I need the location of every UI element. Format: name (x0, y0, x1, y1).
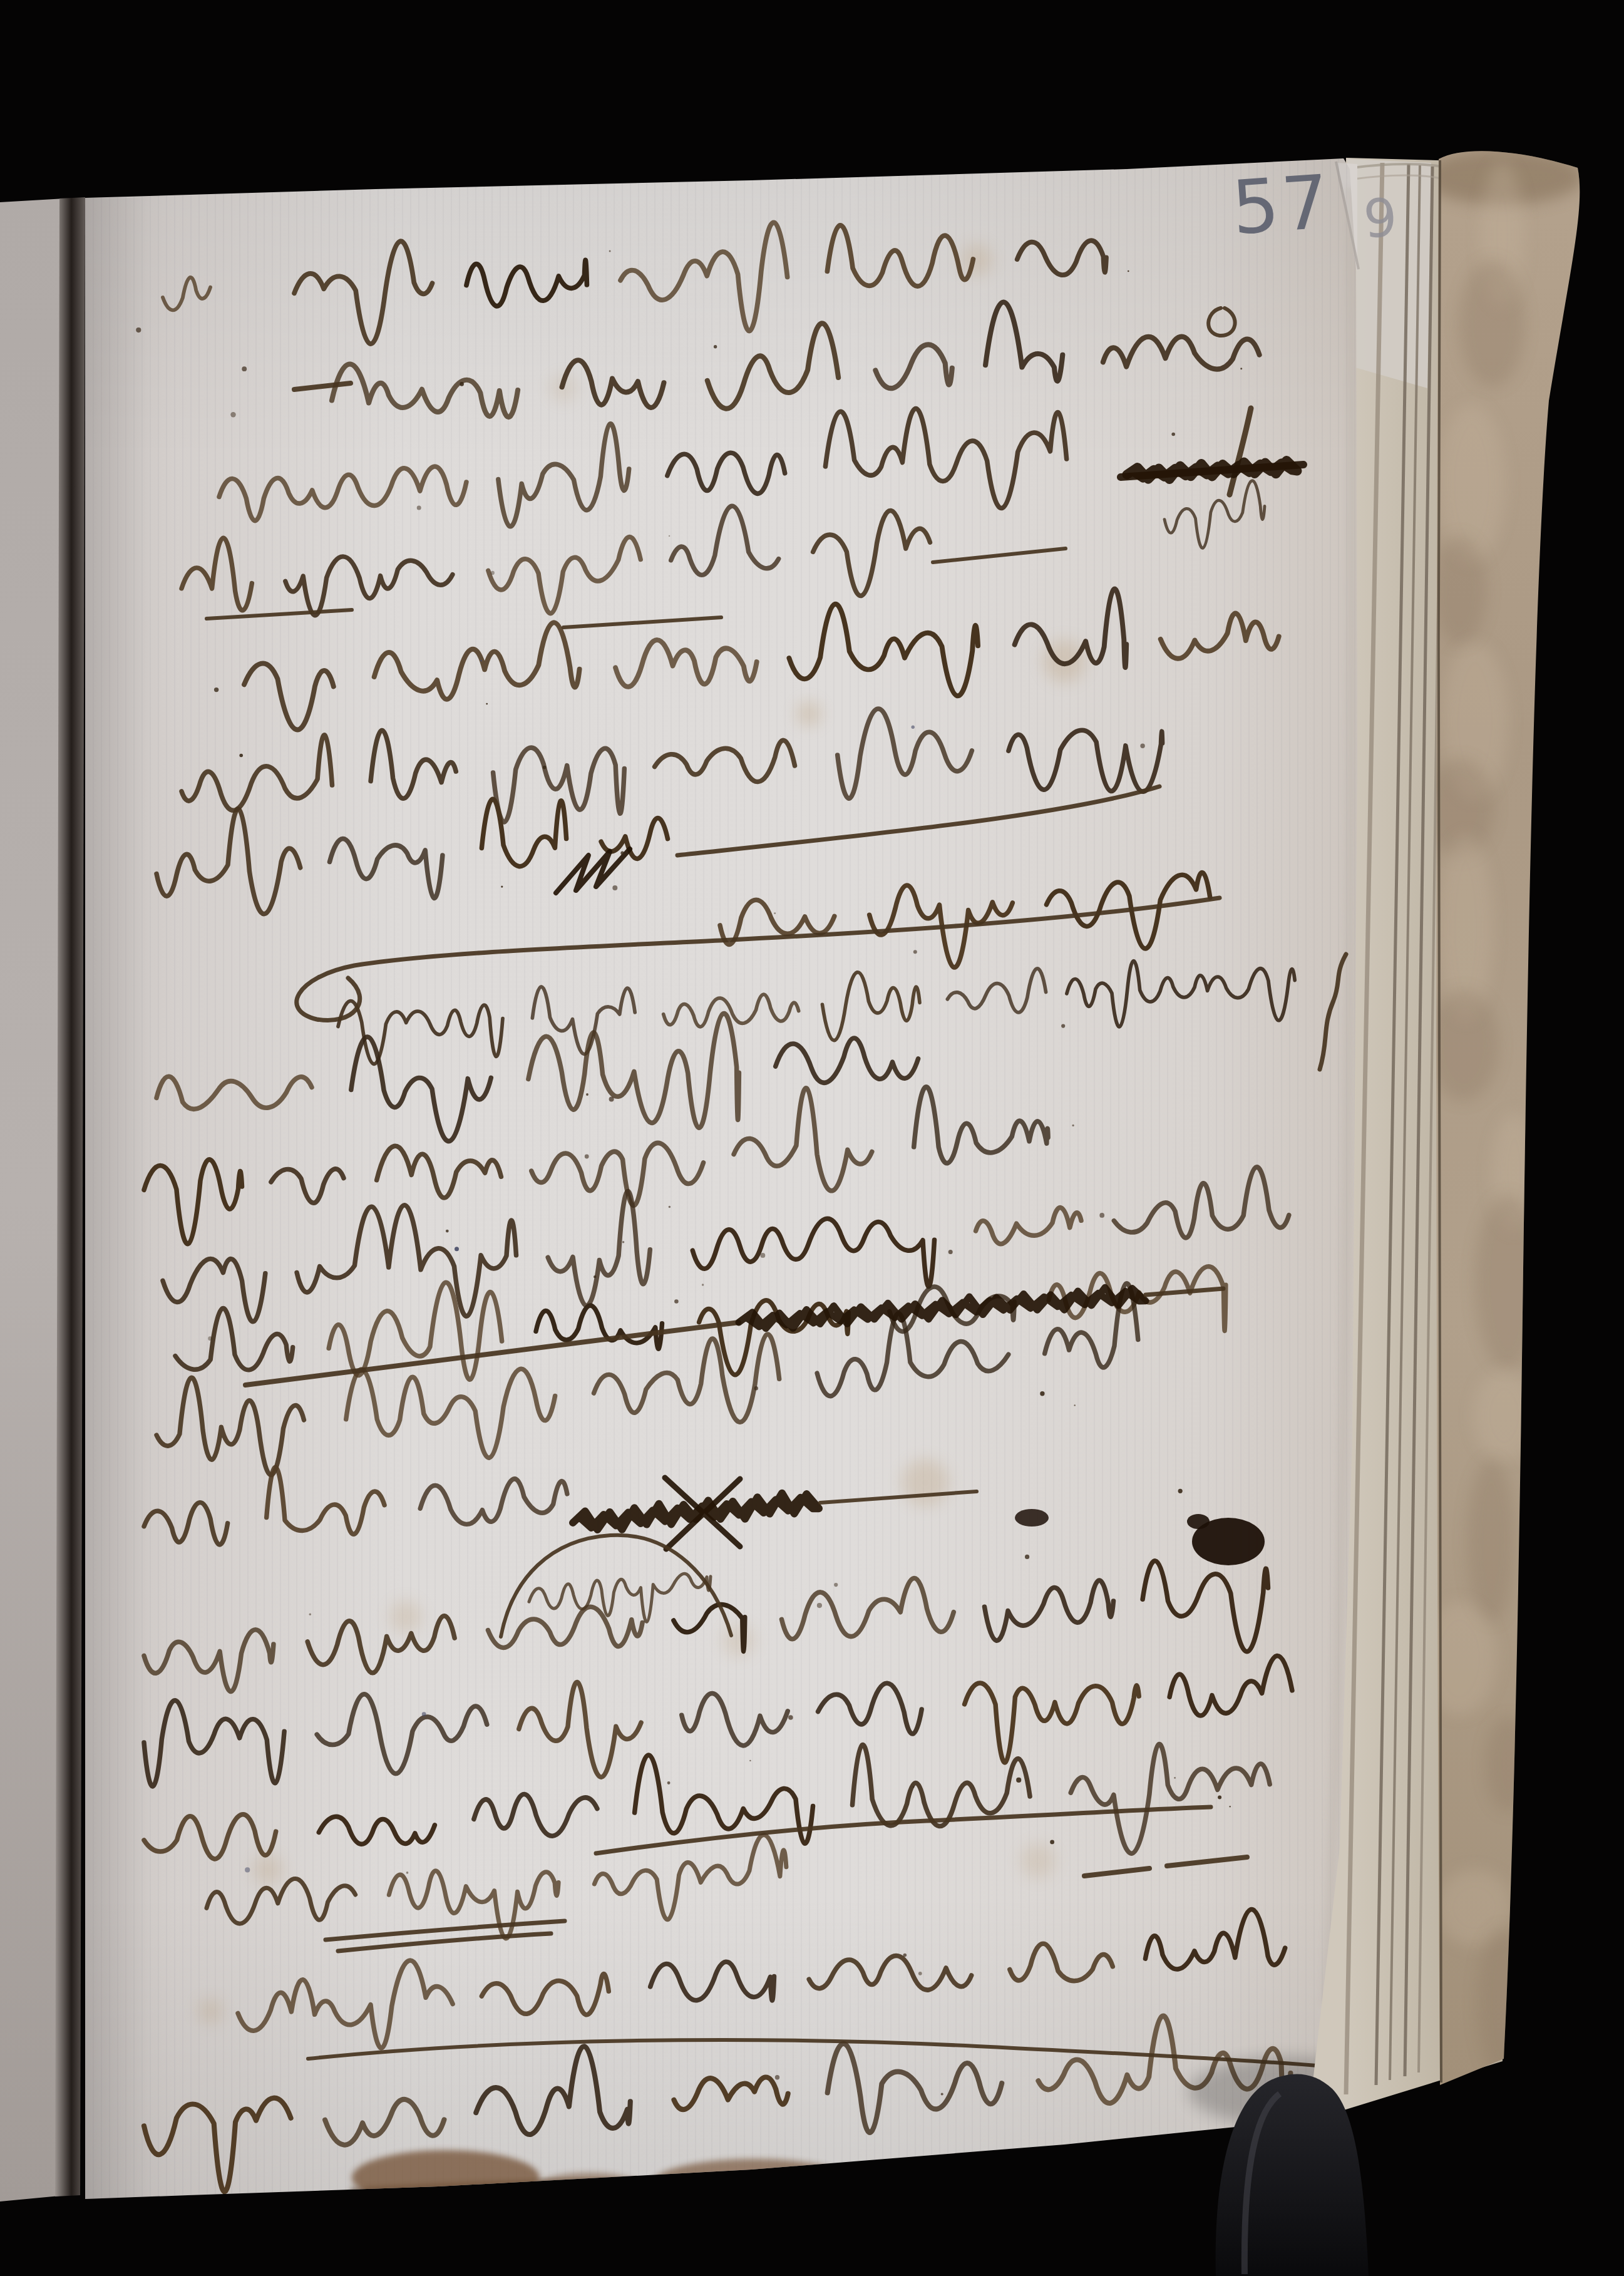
ink-speck (609, 1096, 614, 1101)
ink-speck (761, 1253, 766, 1258)
ink-speck (749, 1760, 751, 1761)
vellum-mottle-patch (1437, 404, 1506, 563)
ink-speck (417, 506, 421, 510)
ink-speck (501, 886, 503, 888)
ink-speck (903, 1954, 907, 1957)
gutter-crease (55, 197, 85, 2196)
ink-speck (620, 852, 624, 855)
ink-speck (913, 950, 917, 954)
ink-blot-satellite (1187, 1514, 1210, 1529)
ink-speck (309, 1614, 311, 1615)
ink-speck (834, 1583, 838, 1587)
ink-speck (1140, 744, 1144, 748)
ink-speck (622, 1241, 624, 1243)
ink-speck (609, 250, 611, 252)
foxing-spot (796, 701, 821, 726)
ink-speck (941, 2093, 943, 2096)
foxing-spot (902, 1459, 949, 1506)
ink-speck (491, 571, 495, 575)
ink-speck (1074, 1404, 1076, 1406)
ink-speck (586, 1093, 588, 1096)
ink-speck (1171, 433, 1175, 436)
ink-speck (585, 1155, 589, 1159)
ink-speck (1040, 1391, 1044, 1396)
ink-speck (1072, 1125, 1074, 1126)
ink-speck (245, 1867, 250, 1872)
ink-speck (486, 703, 488, 705)
ink-speck (754, 1386, 758, 1390)
ink-speck (1218, 1796, 1221, 1800)
ink-speck (702, 1284, 704, 1285)
foxing-spot (389, 1600, 422, 1633)
ink-speck (775, 2075, 779, 2079)
gutter-shadow (85, 198, 154, 2201)
ink-speck (667, 1781, 671, 1784)
ink-speck (460, 382, 464, 386)
foxing-spot (253, 1855, 283, 1885)
ink-speck (674, 1299, 679, 1304)
hidden-page-number: 9 (1362, 187, 1399, 250)
ink-speck (1025, 1555, 1029, 1559)
ink-speck (1061, 1024, 1065, 1028)
ink-blot-small (1015, 1509, 1049, 1527)
ink-speck (918, 1972, 922, 1975)
ink-speck (1240, 368, 1242, 369)
vellum-mottle-patch (1459, 260, 1525, 387)
ink-speck (1230, 1806, 1231, 1807)
ink-speck (1174, 1777, 1176, 1779)
ink-speck (1128, 270, 1129, 272)
ink-speck (543, 766, 547, 770)
ink-speck (446, 1230, 449, 1233)
ink-speck (1099, 1213, 1104, 1218)
ink-speck (480, 660, 481, 661)
ink-speck (422, 1712, 426, 1716)
ink-speck (714, 345, 717, 348)
ink-speck (817, 1603, 822, 1608)
ink-speck (406, 1872, 409, 1874)
page-number: 57 (1229, 158, 1334, 252)
vellum-mottle-patch (1467, 1460, 1515, 1622)
ink-speck (455, 1247, 459, 1251)
foxing-spot (1020, 1843, 1056, 1878)
ink-speck (1050, 1840, 1054, 1845)
ink-speck (1178, 1489, 1183, 1493)
ink-speck (948, 1250, 953, 1254)
ink-speck (669, 535, 670, 537)
page-surface (8, 157, 1389, 2209)
ink-speck (913, 1786, 915, 1788)
ink-speck (136, 327, 141, 332)
ink-speck (612, 885, 617, 890)
ink-speck (1016, 1778, 1021, 1783)
book-render (0, 0, 1624, 2276)
ink-speck (912, 726, 915, 729)
left-page-edge (0, 198, 64, 2201)
ink-speck (239, 754, 243, 758)
foxing-spot (960, 244, 993, 276)
ink-speck (208, 1336, 212, 1341)
ink-speck (242, 366, 247, 371)
ink-speck (788, 1715, 793, 1720)
ink-speck (214, 687, 218, 692)
manuscript-photo: 57 9 (0, 0, 1624, 2276)
vellum-mottle-patch (1432, 536, 1487, 645)
ink-speck (594, 1275, 596, 1278)
ink-speck (669, 1206, 671, 1208)
foxing-spot (198, 1999, 223, 2024)
ink-speck (774, 912, 776, 914)
ink-speck (230, 412, 235, 417)
